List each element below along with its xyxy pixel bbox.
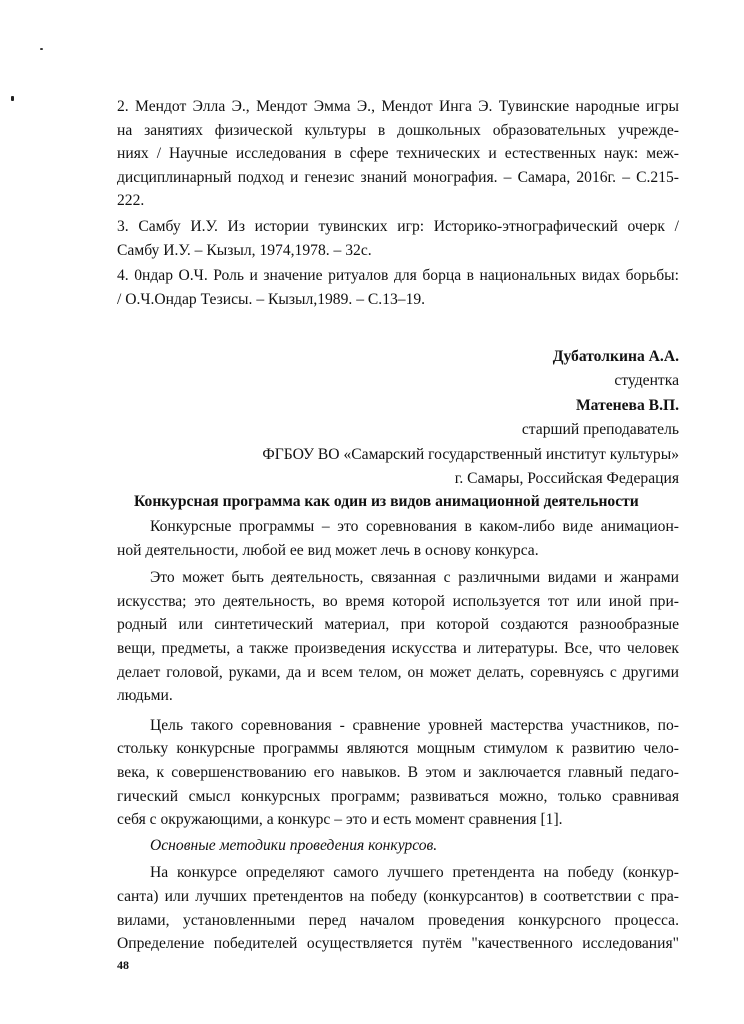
paragraph-line: вилами, установленными перед началом про… [117,909,679,933]
paragraph-line: Это может быть деятельность, связанная с… [117,566,679,590]
paragraph-line: века, к совершенствованию его навыков. В… [117,761,679,785]
paragraph-line: искусства; это деятельность, во время ко… [117,590,679,614]
scan-speck [40,48,43,50]
paragraph-line: гический смысл конкурсных программ; разв… [117,785,679,809]
paragraph-line: родный или синтетический материал, при к… [117,613,679,637]
author-block: Дубатолкина А.А. студентка Матенева В.П.… [119,345,679,491]
paragraph-line: стольку конкурсные программы являются мо… [117,737,679,761]
article-body: Конкурсные программы – это соревнования … [117,515,679,956]
reference-line: / О.Ч.Ондар Тезисы. – Кызыл,1989. – С.13… [117,288,679,312]
reference-line: 222. [117,189,679,213]
reference-line: ниях / Научные исследования в сфере техн… [117,142,679,166]
author-role: студентка [119,369,679,393]
paragraph: Это может быть деятельность, связанная с… [117,566,679,708]
paragraph-line: делает головой, руками, да и всем телом,… [117,661,679,685]
paragraph: Цель такого соревнования - сравнение уро… [117,714,679,832]
paragraph-line: Цель такого соревнования - сравнение уро… [117,714,679,738]
affiliation-institution: ФГБОУ ВО «Самарский государственный инст… [119,443,679,467]
author-name: Матенева В.П. [119,394,679,418]
subheading: Основные методики проведения конкурсов. [117,834,679,858]
paragraph-line: себя с окружающими, а конкурс – это и ес… [117,808,679,832]
author-role: старший преподаватель [119,418,679,442]
scan-speck [11,96,14,101]
reference-line: 2. Мендот Элла Э., Мендот Эмма Э., Мендо… [117,95,679,119]
article-title: Конкурсная программа как один из видов а… [134,493,639,511]
author-name: Дубатолкина А.А. [119,345,679,369]
paragraph-line: На конкурсе определяют самого лучшего пр… [117,861,679,885]
reference-line: 3. Самбу И.У. Из истории тувинских игр: … [117,215,679,239]
reference-line: на занятиях физической культуры в дошкол… [117,119,679,143]
reference-line: Самбу И.У. – Кызыл, 1974,1978. – 32с. [117,239,679,263]
reference-line: дисциплинарный подход и генезис знаний м… [117,166,679,190]
paragraph-line: санта) или лучших претендентов на победу… [117,885,679,909]
reference-line: 4. 0ндар О.Ч. Роль и значение ритуалов д… [117,264,679,288]
paragraph-line: ной деятельности, любой ее вид может леч… [117,539,679,563]
paragraph: На конкурсе определяют самого лучшего пр… [117,861,679,955]
reference-item: 3. Самбу И.У. Из истории тувинских игр: … [117,215,679,262]
paragraph-line: Определение победителей осуществляется п… [117,932,679,956]
paragraph-line: людьми. [117,684,679,708]
reference-item: 2. Мендот Элла Э., Мендот Эмма Э., Мендо… [117,95,679,213]
page-number: 48 [117,958,129,973]
paragraph: Конкурсные программы – это соревнования … [117,515,679,562]
paragraph-line: вещи, предметы, а также произведения иск… [117,637,679,661]
document-page: 2. Мендот Элла Э., Мендот Эмма Э., Мендо… [0,0,744,1024]
references-list: 2. Мендот Элла Э., Мендот Эмма Э., Мендо… [117,95,679,311]
reference-item: 4. 0ндар О.Ч. Роль и значение ритуалов д… [117,264,679,311]
paragraph-line: Конкурсные программы – это соревнования … [117,515,679,539]
affiliation-location: г. Самары, Российская Федерация [119,467,679,491]
